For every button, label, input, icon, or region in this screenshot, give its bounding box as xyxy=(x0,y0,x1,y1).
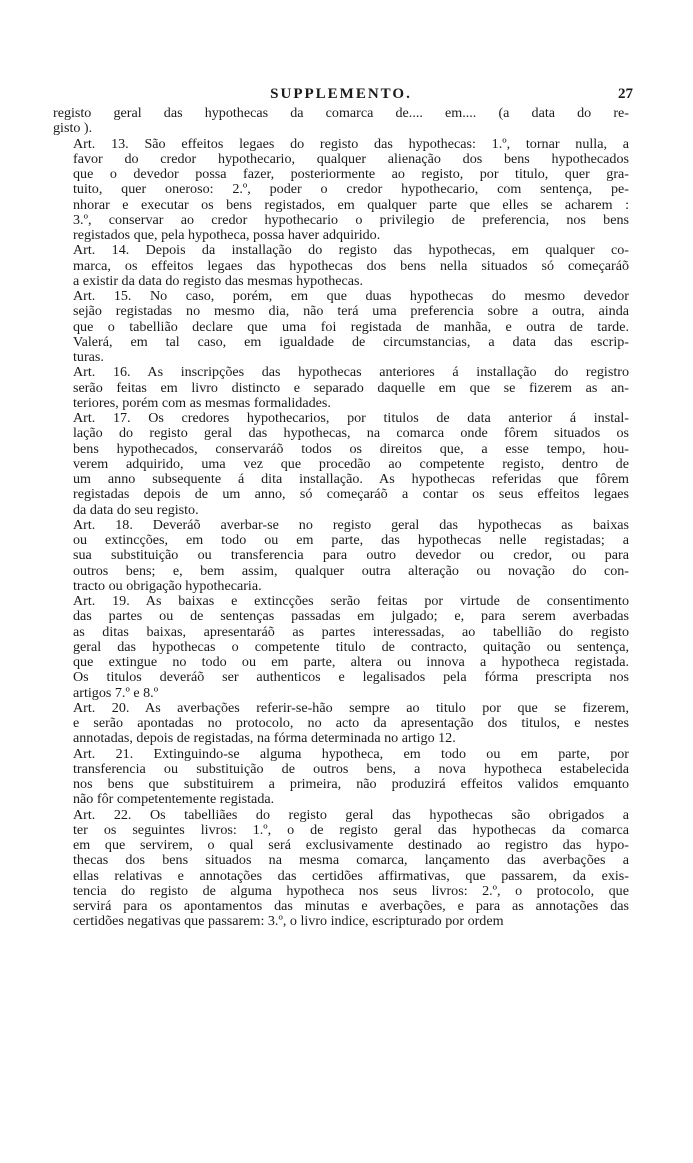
text-line: Art. 21. Extinguindo-se alguma hypotheca… xyxy=(53,747,629,762)
text-line: as ditas baixas, apresentaráõ as partes … xyxy=(53,625,629,640)
text-line: Art. 17. Os credores hypothecarios, por … xyxy=(53,411,629,426)
text-line: ellas relativas e annotações das certidõ… xyxy=(53,869,629,884)
text-line: outros bens; e, bem assim, qualquer outr… xyxy=(53,564,629,579)
text-line: tracto ou obrigação hypothecaria. xyxy=(53,579,629,594)
text-line: 3.º, conservar ao credor hypothecario o … xyxy=(53,213,629,228)
text-line: que o tabellião declare que uma foi regi… xyxy=(53,320,629,335)
text-line: thecas dos bens situados na mesma comarc… xyxy=(53,853,629,868)
article-17: Art. 17. Os credores hypothecarios, por … xyxy=(53,411,629,518)
text-line: bens hypothecados, conservaráõ todos os … xyxy=(53,442,629,457)
text-line: Valerá, em tal caso, em igualdade de cir… xyxy=(53,335,629,350)
text-line: um anno subsequente á dita installação. … xyxy=(53,472,629,487)
article-22: Art. 22. Os tabelliães do registo geral … xyxy=(53,808,629,930)
text-line: que extingue no todo ou em parte, altera… xyxy=(53,655,629,670)
text-line: Art. 19. As baixas e extincções serão fe… xyxy=(53,594,629,609)
text-line: teriores, porém com as mesmas formalidad… xyxy=(53,396,629,411)
text-line: serão feitas em livro distincto e separa… xyxy=(53,381,629,396)
running-title: SUPPLEMENTO. xyxy=(53,86,629,103)
text-line: Art. 22. Os tabelliães do registo geral … xyxy=(53,808,629,823)
article-21: Art. 21. Extinguindo-se alguma hypotheca… xyxy=(53,747,629,808)
text-line: lação do registo geral das hypothecas, n… xyxy=(53,426,629,441)
text-line: registadas depois de um anno, só começar… xyxy=(53,487,629,502)
text-line: Art. 16. As inscripções das hypothecas a… xyxy=(53,365,629,380)
text-line: sejão registadas no mesmo dia, não terá … xyxy=(53,304,629,319)
article-19: Art. 19. As baixas e extincções serão fe… xyxy=(53,594,629,701)
text-line: geral das hypothecas o competente titulo… xyxy=(53,640,629,655)
text-line: Art. 15. No caso, porém, em que duas hyp… xyxy=(53,289,629,304)
text-line: em que servirem, o qual será exclusivame… xyxy=(53,838,629,853)
text-line: registo geral das hypothecas da comarca … xyxy=(53,106,629,121)
text-line: gisto ). xyxy=(53,121,629,136)
article-14: Art. 14. Depois da installação do regist… xyxy=(53,243,629,289)
text-line: verem adquirido, uma vez que procedão ao… xyxy=(53,457,629,472)
text-line: a existir da data do registo das mesmas … xyxy=(53,274,629,289)
text-line: sua substituição ou transferencia para o… xyxy=(53,548,629,563)
text-line: annotadas, depois de registadas, na fórm… xyxy=(53,731,629,746)
text-line: turas. xyxy=(53,350,629,365)
text-line: tuito, quer oneroso: 2.º, poder o credor… xyxy=(53,182,629,197)
article-20: Art. 20. As averbações referir-se-hão se… xyxy=(53,701,629,747)
text-line: Art. 14. Depois da installação do regist… xyxy=(53,243,629,258)
text-line: da data do seu registo. xyxy=(53,503,629,518)
text-line: artigos 7.º e 8.º xyxy=(53,686,629,701)
page-number: 27 xyxy=(618,86,633,103)
text-line: nos bens que substituirem a primeira, nã… xyxy=(53,777,629,792)
text-line: que o devedor possa fazer, posteriorment… xyxy=(53,167,629,182)
text-line: certidões negativas que passarem: 3.º, o… xyxy=(53,914,629,929)
text-line: favor do credor hypothecario, qualquer a… xyxy=(53,152,629,167)
article-16: Art. 16. As inscripções das hypothecas a… xyxy=(53,365,629,411)
running-header: SUPPLEMENTO. 27 xyxy=(53,86,629,106)
text-line: Art. 20. As averbações referir-se-hão se… xyxy=(53,701,629,716)
article-15: Art. 15. No caso, porém, em que duas hyp… xyxy=(53,289,629,365)
text-line: nhorar e executar os bens registados, em… xyxy=(53,198,629,213)
article-18: Art. 18. Deveráõ averbar-se no registo g… xyxy=(53,518,629,594)
text-line: ter os seguintes livros: 1.º, o de regis… xyxy=(53,823,629,838)
text-line: servirá para os apontamentos das minutas… xyxy=(53,899,629,914)
article-13: Art. 13. São effeitos legaes do registo … xyxy=(53,137,629,244)
document-page: SUPPLEMENTO. 27 registo geral das hypoth… xyxy=(53,86,629,930)
text-line: Art. 13. São effeitos legaes do registo … xyxy=(53,137,629,152)
text-line: e serão apontadas no protocolo, no acto … xyxy=(53,716,629,731)
text-line: Art. 18. Deveráõ averbar-se no registo g… xyxy=(53,518,629,533)
text-line: tencia do registo de alguma hypotheca no… xyxy=(53,884,629,899)
text-line: registados que, pela hypotheca, possa ha… xyxy=(53,228,629,243)
text-line: Os titulos deveráõ ser authenticos e leg… xyxy=(53,670,629,685)
text-line: transferencia ou substituição de outros … xyxy=(53,762,629,777)
text-line: ou extincções, em todo ou em parte, das … xyxy=(53,533,629,548)
text-line: marca, os effeitos legaes das hypothecas… xyxy=(53,259,629,274)
paragraph-continuation: registo geral das hypothecas da comarca … xyxy=(53,106,629,137)
document-body: registo geral das hypothecas da comarca … xyxy=(53,106,629,930)
text-line: das partes ou de sentenças passadas em j… xyxy=(53,609,629,624)
text-line: não fôr competentemente registada. xyxy=(53,792,629,807)
